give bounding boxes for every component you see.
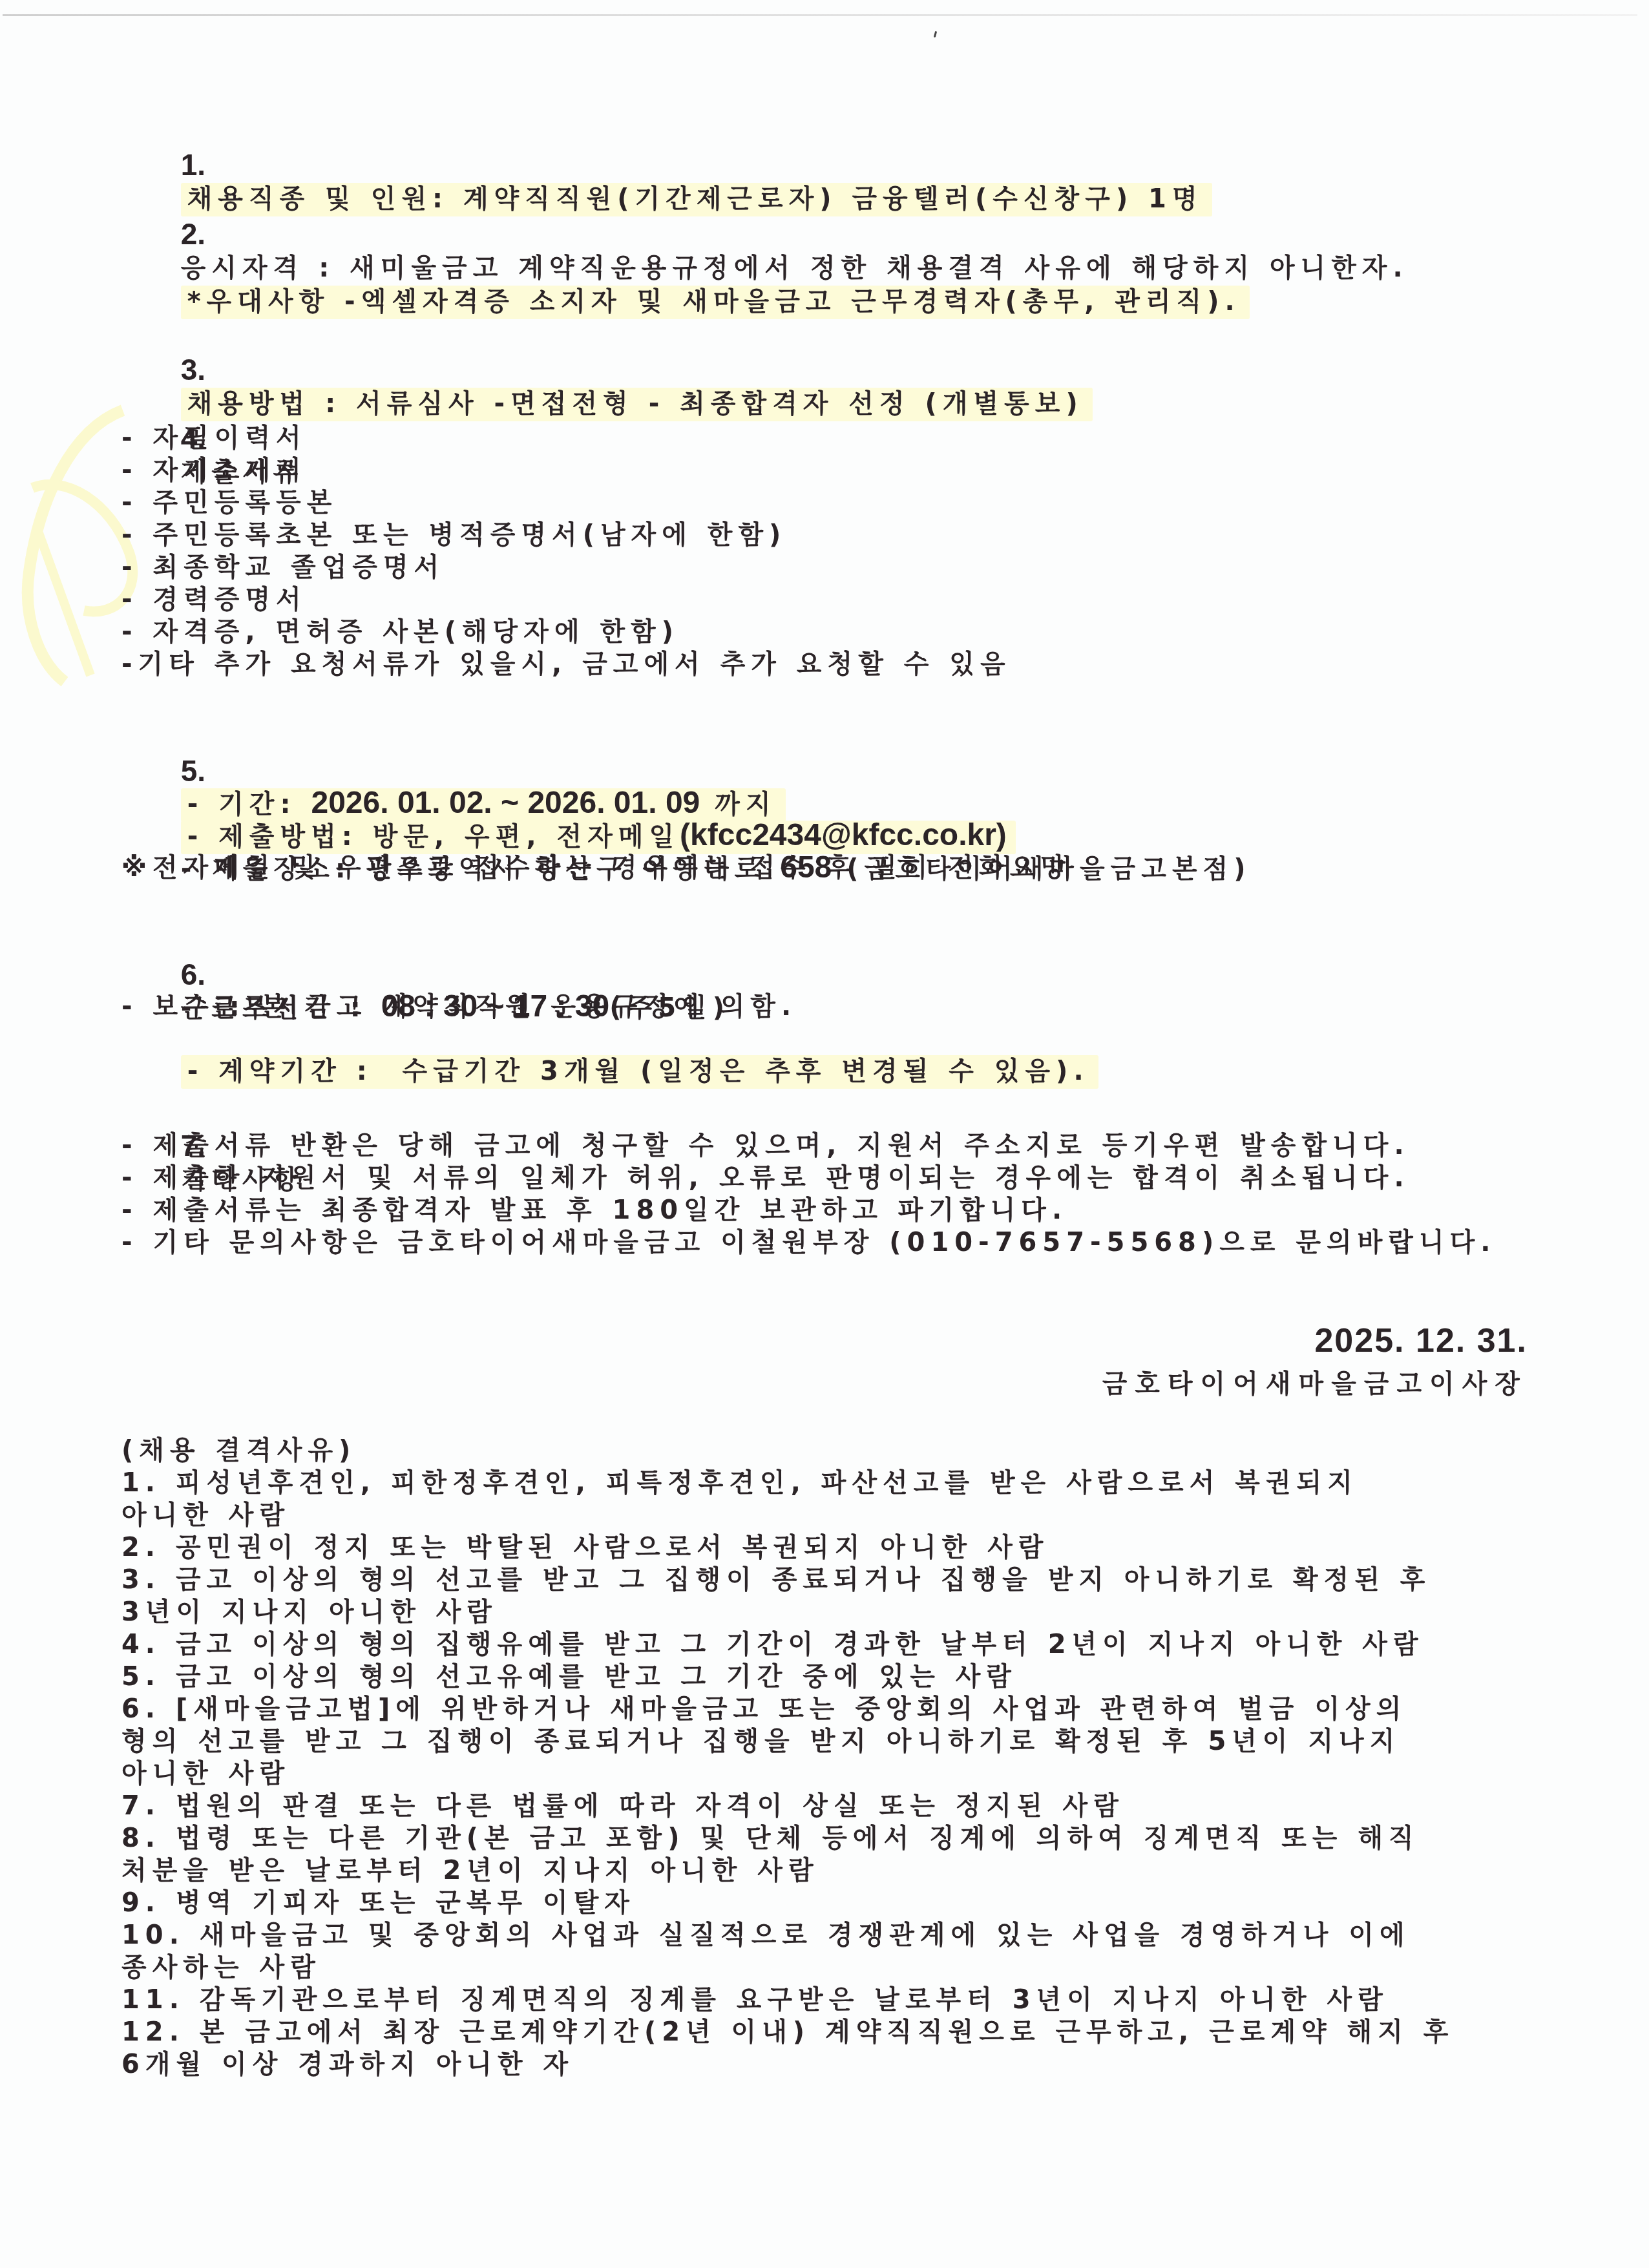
disqualification-line: 1. 피성년후견인, 피한정후견인, 피특정후견인, 파산선고를 받은 사람으로… bbox=[121, 1467, 1358, 1499]
disqualification-line: 아니한 사람 bbox=[121, 1758, 290, 1790]
other-item: - 제출한 지원서 및 서류의 일체가 허위, 오류로 판명이되는 경우에는 합… bbox=[121, 1162, 1410, 1194]
disqualification-line: 3. 금고 이상의 형의 선고를 받고 그 집행이 종료되거나 집행을 받지 아… bbox=[121, 1564, 1431, 1596]
disqualification-line: 11. 감독기관으로부터 징계면직의 징계를 요구받은 날로부터 3년이 지나지… bbox=[121, 1984, 1389, 2016]
notice-signer: 금호타이어새마을금고이사장 bbox=[1102, 1363, 1528, 1400]
disqualification-line: 7. 법원의 판결 또는 다른 법률에 따라 자격이 상실 또는 정지된 사람 bbox=[121, 1790, 1124, 1822]
disqualification-line: 9. 병역 기피자 또는 군복무 이탈자 bbox=[121, 1887, 635, 1919]
disqualification-line: 8. 법령 또는 다른 기관(본 금고 포함) 및 단체 등에서 징계에 의하여… bbox=[121, 1822, 1420, 1854]
notice-date: 2025. 12. 31. bbox=[1314, 1321, 1528, 1360]
disqualification-line: 6개월 이상 경과하지 아니한 자 bbox=[121, 2048, 574, 2081]
pay-condition: - 보수 : 본 금고 계약직직원 운용규정에 의함. bbox=[121, 991, 797, 1023]
document-item: - 자격증, 면허증 사본(해당자에 한함) bbox=[121, 616, 679, 648]
scan-edge-line bbox=[3, 14, 1637, 16]
disqualification-line: 10. 새마을금고 및 중앙회의 사업과 실질적으로 경쟁관계에 있는 사업을 … bbox=[121, 1919, 1411, 1951]
other-item: - 제출서류 반환은 당해 금고에 청구할 수 있으며, 지원서 주소지로 등기… bbox=[121, 1129, 1410, 1162]
document-item: - 주민등록등본 bbox=[121, 487, 337, 519]
document-item: - 주민등록초본 또는 병적증명서(남자에 한함) bbox=[121, 519, 786, 551]
disqualification-line: 2. 공민권이 정지 또는 박탈된 사람으로서 복권되지 아니한 사람 bbox=[121, 1531, 1049, 1564]
section-3-number: 3. bbox=[181, 353, 205, 386]
contract-period-text: - 계약기간 : 수급기간 3개월 (일정은 추후 변경될 수 있음). bbox=[181, 1055, 1098, 1089]
section-3-text: 채용방법 : 서류심사 -면접전형 - 최종합격자 선정 (개별통보) bbox=[181, 388, 1093, 421]
document-item: - 최종학교 졸업증명서 bbox=[121, 551, 445, 583]
disqualification-line: 12. 본 금고에서 최장 근로계약기간(2년 이내) 계약직직원으로 근무하고… bbox=[121, 2016, 1454, 2048]
section-2-number: 2. bbox=[181, 217, 205, 251]
disqualification-title: (채용 결격사유) bbox=[121, 1434, 356, 1467]
disqualification-line: 3년이 지나지 아니한 사람 bbox=[121, 1596, 498, 1628]
scan-speck bbox=[934, 31, 937, 37]
disqualification-line: 형의 선고를 받고 그 집행이 종료되거나 집행을 받지 아니하기로 확정된 후… bbox=[121, 1725, 1400, 1758]
disqualification-line: 처분을 받은 날로부터 2년이 지나지 아니한 사람 bbox=[121, 1854, 819, 1887]
document-item: -기타 추가 요청서류가 있을시, 금고에서 추가 요청할 수 있음 bbox=[121, 648, 1011, 680]
document-item: - 자기소개서 bbox=[121, 454, 307, 487]
disqualification-line: 종사하는 사람 bbox=[121, 1951, 321, 1984]
preference-text: *우대사항 -엑셀자격증 소지자 및 새마을금고 근무경력자(총무, 관리직). bbox=[181, 286, 1250, 319]
submission-note: ※전자메일 및 우편으로 접수하는 경우에는 접수 후 필히 전화요망 bbox=[121, 852, 1071, 884]
disqualification-line: 4. 금고 이상의 형의 집행유예를 받고 그 기간이 경과한 날부터 2년이 … bbox=[121, 1628, 1424, 1661]
disqualification-line: 5. 금고 이상의 형의 선고유예를 받고 그 기간 중에 있는 사람 bbox=[121, 1661, 1017, 1693]
document-item: - 자필이력서 bbox=[121, 422, 307, 454]
other-item: - 제출서류는 최종합격자 발표 후 180일간 보관하고 파기합니다. bbox=[121, 1194, 1067, 1226]
disqualification-line: 6. [새마을금고법]에 위반하거나 새마을금고 또는 중앙회의 사업과 관련하… bbox=[121, 1693, 1407, 1725]
disqualification-line: 아니한 사람 bbox=[121, 1499, 290, 1531]
section-1-number: 1. bbox=[181, 148, 205, 182]
document-item: - 경력증명서 bbox=[121, 583, 307, 616]
other-item: - 기타 문의사항은 금호타이어새마을금고 이철원부장 (010-7657-55… bbox=[121, 1226, 1496, 1259]
